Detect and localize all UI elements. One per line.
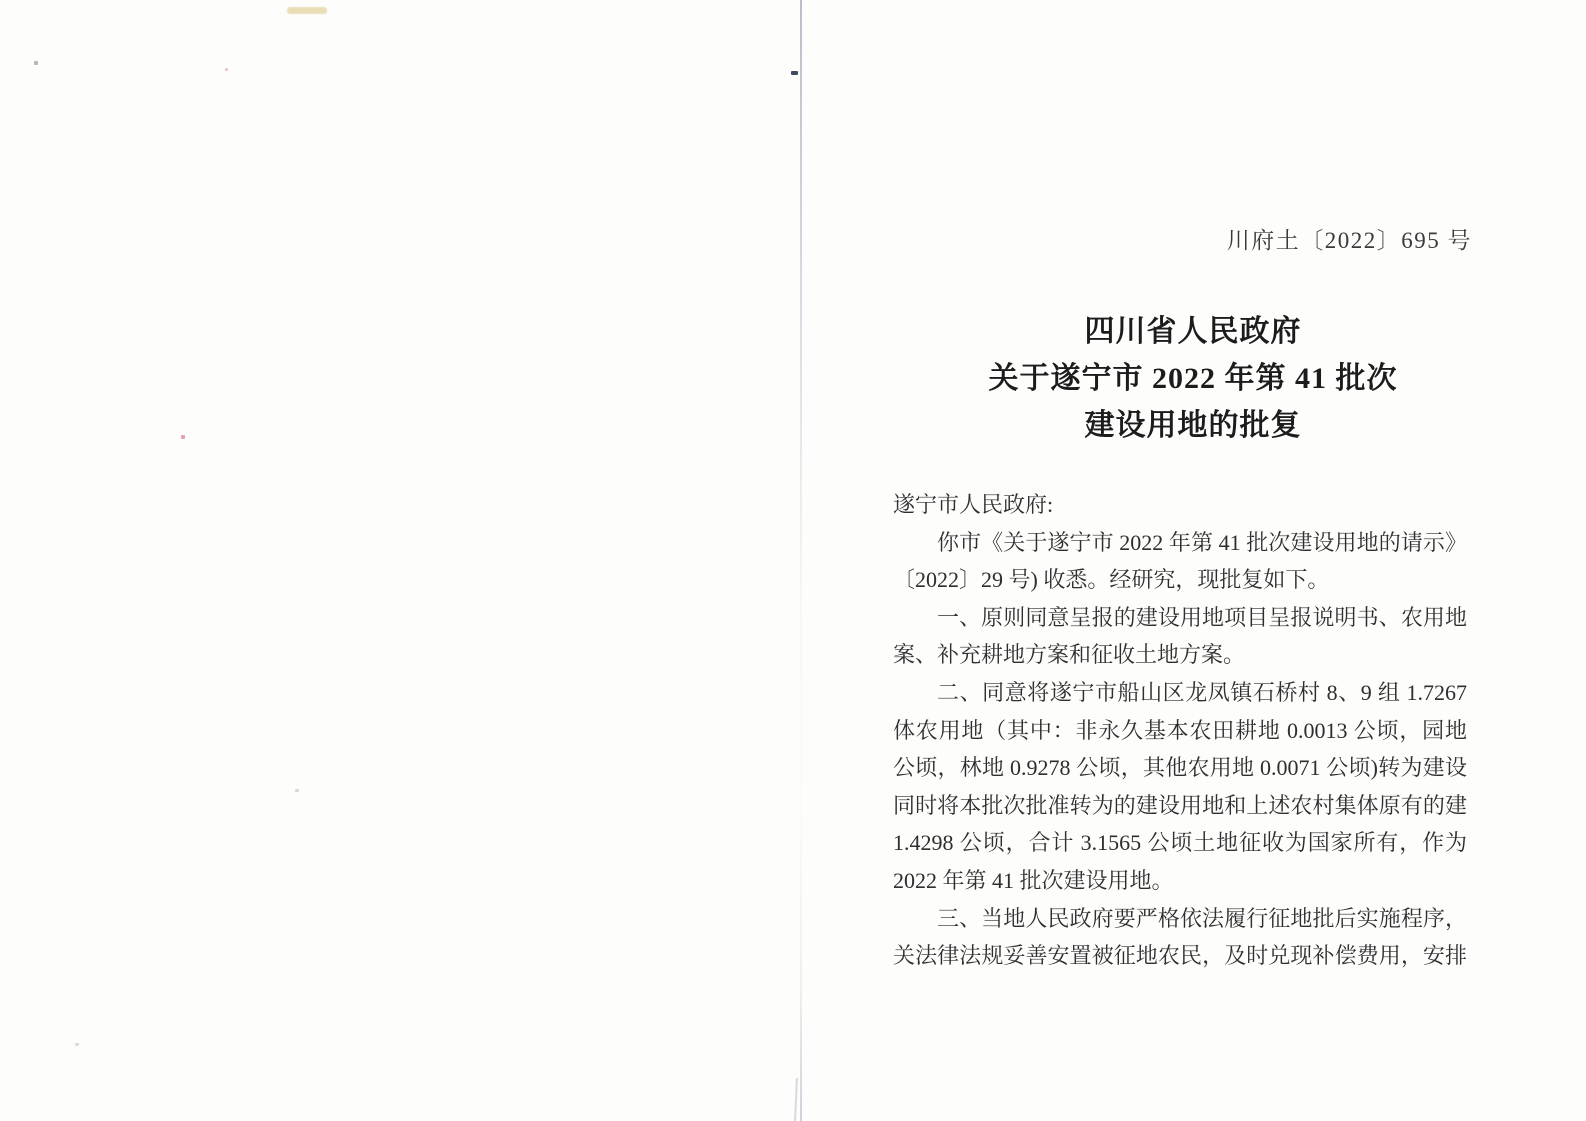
scan-speck [34, 61, 38, 65]
body-line: 二、同意将遂宁市船山区龙凤镇石桥村 8、9 组 1.7267 公顷集 [893, 674, 1467, 712]
document-number: 川府土〔2022〕695 号 [1000, 226, 1472, 256]
salutation: 遂宁市人民政府: [893, 486, 1467, 524]
body-line: 1.4298 公顷，合计 3.1565 公顷土地征收为国家所有，作为遂宁市 [893, 824, 1467, 862]
body-line: 案、补充耕地方案和征收土地方案。 [893, 636, 1467, 674]
page-fold-shadow [800, 0, 802, 1121]
body-line: 公顷，林地 0.9278 公顷，其他农用地 0.0071 公顷)转为建设用地。 [893, 749, 1467, 787]
scan-speck [181, 435, 185, 439]
scan-speck [225, 68, 228, 71]
scan-speck [295, 789, 299, 792]
body-line: 你市《关于遂宁市 2022 年第 41 批次建设用地的请示》(遂府 [893, 524, 1467, 562]
scan-smudge [287, 7, 327, 14]
document-title-line-3: 建设用地的批复 [810, 402, 1576, 449]
scan-speck [75, 1043, 79, 1046]
document-title-line-1: 四川省人民政府 [810, 308, 1576, 355]
page-fold-shadow-bottom [794, 1078, 798, 1121]
document-title-line-2: 关于遂宁市 2022 年第 41 批次 [810, 355, 1576, 402]
body-line: 一、原则同意呈报的建设用地项目呈报说明书、农用地转用方 [893, 599, 1467, 637]
document-body: 遂宁市人民政府: 你市《关于遂宁市 2022 年第 41 批次建设用地的请示》(… [893, 486, 1467, 975]
document-title: 四川省人民政府 关于遂宁市 2022 年第 41 批次 建设用地的批复 [810, 308, 1576, 449]
body-line: 2022 年第 41 批次建设用地。 [893, 862, 1467, 900]
body-line: 〔2022〕29 号) 收悉。经研究，现批复如下。 [893, 561, 1467, 599]
body-line: 体农用地（其中：非永久基本农田耕地 0.0013 公顷，园地 0.7905 [893, 712, 1467, 750]
body-line: 同时将本批次批准转为的建设用地和上述农村集体原有的建设用地 [893, 787, 1467, 825]
body-line: 关法律法规妥善安置被征地农民，及时兑现补偿费用，安排好被征 [893, 937, 1467, 975]
body-line: 三、当地人民政府要严格依法履行征地批后实施程序，按照有 [893, 900, 1467, 938]
scanned-document-page: 川府土〔2022〕695 号 四川省人民政府 关于遂宁市 2022 年第 41 … [0, 0, 1586, 1121]
ink-speck [791, 71, 798, 75]
